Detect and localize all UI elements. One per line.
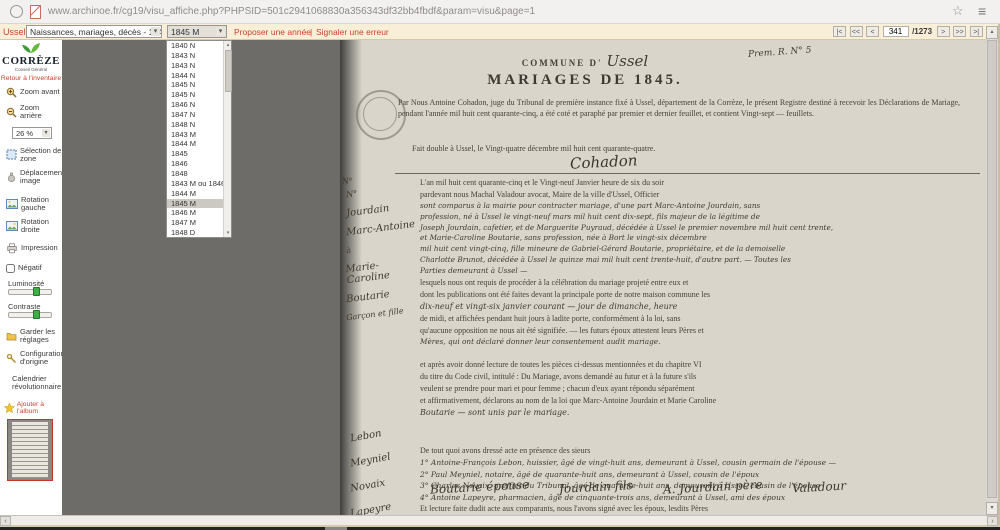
scanned-register-page: Prem. R. N° 5 COMMUNE D' Ussel MARIAGES … (340, 40, 986, 515)
zoom-level-select[interactable]: 26 % ▾ (12, 127, 52, 139)
handwritten-line: et Marie-Caroline Boutarie, sans profess… (420, 234, 968, 243)
contrast-slider-thumb[interactable] (33, 310, 40, 319)
margin-note: Marc-Antoine (346, 219, 417, 238)
act-line: dix-neuf et vingt-six janvier courant — … (420, 302, 968, 312)
year-option[interactable]: 1844 M (167, 189, 223, 199)
signature: Lapeyre (350, 498, 415, 515)
act-line: veulent se prendre pour mari et pour fem… (420, 384, 968, 394)
margin-note: Jourdain (346, 200, 417, 219)
margin-signatures: Lebon Meyniel Novaix Lapeyre (350, 428, 414, 515)
revolutionary-calendar-label: Calendrier révolutionnaire (12, 375, 62, 392)
negative-checkbox[interactable] (6, 264, 15, 273)
year-option[interactable]: 1848 D (167, 228, 223, 237)
negative-toggle[interactable]: Négatif (6, 264, 62, 273)
rotate-right-button[interactable]: Rotation droite (6, 218, 62, 235)
fait-double-line: Fait double à Ussel, le Vingt-quatre déc… (412, 144, 952, 153)
act-line: lesquels nous ont requis de procéder à l… (420, 278, 968, 288)
act-line: pardevant nous Machal Valadour avocat, M… (420, 190, 968, 200)
scroll-down-button[interactable]: ▾ (986, 502, 998, 515)
add-to-album-button[interactable]: Ajouter à l'album (4, 401, 62, 415)
page-security-icon[interactable] (30, 5, 41, 19)
act-line: dont les publications ont été faites dev… (420, 290, 968, 300)
handwritten-line: sont comparus à la mairie pour contracte… (420, 202, 968, 211)
page-thumbnail[interactable] (7, 419, 53, 481)
propose-year-link[interactable]: Proposer une année (234, 27, 311, 37)
correze-logo: CORRÈZE Conseil Général (0, 43, 62, 72)
rotate-right-label: Rotation droite (21, 218, 62, 235)
rotate-left-icon (6, 199, 18, 209)
brightness-slider[interactable] (8, 289, 52, 295)
page-total-label: /1273 (912, 26, 932, 38)
chevron-down-icon: ▾ (151, 27, 160, 36)
keep-settings-label: Garder les réglages (20, 328, 62, 345)
viewer-toolbar: Ussel Naissances, mariages, décès - 1843… (0, 24, 1000, 40)
act-line: L'an mil huit cent quarante-cinq et le V… (420, 178, 968, 188)
rotate-right-icon (6, 221, 18, 231)
config-key-icon (6, 353, 17, 364)
act-line: Boutarie — sont unis par le mariage. (420, 408, 968, 418)
horizontal-scrollbar[interactable]: ‹ › (0, 515, 998, 525)
printer-icon (6, 243, 18, 254)
magnifier-minus-icon (6, 107, 17, 118)
year-select[interactable]: 1845 M ▾ (167, 25, 227, 38)
forward-ten-button[interactable]: >> (953, 26, 966, 37)
scroll-right-button[interactable]: › (987, 516, 998, 526)
brightness-slider-thumb[interactable] (33, 287, 40, 296)
browser-chrome: www.archinoe.fr/cg19/visu_affiche.php?PH… (0, 0, 1000, 24)
handwritten-line: profession, né à Ussel le vingt-neuf mar… (420, 213, 968, 222)
year-option[interactable]: 1844 N (167, 71, 223, 81)
margin-note: à (346, 238, 417, 255)
select-zone-button[interactable]: Sélection de zone (6, 147, 62, 164)
year-option[interactable]: 1845 N (167, 90, 223, 100)
commune-heading: COMMUNE D' Ussel (420, 52, 750, 71)
page-number-input[interactable] (883, 26, 909, 37)
negative-label: Négatif (18, 264, 42, 272)
signature: Boutarie épouse (430, 477, 530, 496)
act-number-label: N° (342, 176, 352, 186)
rotate-left-label: Rotation gauche (21, 196, 62, 213)
year-option[interactable]: 1844 M (167, 139, 223, 149)
closing-line: Et lecture faite dudit acte aux comparan… (420, 504, 968, 514)
tools-sidebar: CORRÈZE Conseil Général Retour à l'inven… (0, 40, 62, 515)
page-annotation: Prem. R. N° 5 (748, 40, 888, 60)
vertical-scrollbar[interactable]: ▴ ▾ (986, 26, 998, 515)
act-line: qu'aucune opposition ne nous ait été sig… (420, 326, 968, 336)
witness-line: 1° Antoine-François Lebon, huissier, âgé… (420, 458, 968, 468)
thumbnail-page-preview (12, 422, 48, 478)
logo-subtitle: Conseil Général (0, 68, 62, 73)
commune-label: COMMUNE D' (522, 58, 603, 68)
year-option[interactable]: 1843 N (167, 61, 223, 71)
signature: A. Jourdain père (662, 477, 762, 496)
zoom-in-label: Zoom avant (20, 88, 60, 96)
handwritten-line: Charlotte Brunot, décédée à Ussel le qui… (420, 256, 968, 265)
reload-icon[interactable] (10, 5, 23, 18)
scroll-up-button[interactable]: ▴ (986, 26, 998, 39)
spacer (420, 420, 968, 446)
register-title: MARIAGES DE 1845. (410, 72, 760, 89)
section-divider (395, 173, 980, 174)
contrast-slider[interactable] (8, 312, 52, 318)
revolutionary-calendar-link[interactable]: Calendrier révolutionnaire (12, 375, 62, 392)
report-error-link[interactable]: Signaler une erreur (316, 27, 389, 37)
commune-name: Ussel (607, 52, 649, 70)
signature: Jourdain fils (559, 478, 633, 496)
scroll-left-button[interactable]: ‹ (0, 516, 11, 526)
chevron-down-icon: ▾ (216, 27, 225, 36)
first-page-button[interactable]: |< (833, 26, 846, 37)
move-image-button[interactable]: Déplacement image (6, 169, 62, 186)
register-select[interactable]: Naissances, mariages, décès - 1843-1846 … (26, 25, 162, 38)
zoom-level-value: 26 % (16, 129, 33, 138)
hand-move-icon (6, 172, 17, 183)
year-option[interactable]: 1843 M ou 1846 M (167, 179, 223, 189)
year-option[interactable]: 1848 N (167, 120, 223, 130)
bottom-signatures: Boutarie épouse Jourdain fils A. Jourdai… (430, 480, 950, 494)
act-line: Mères, qui ont déclaré donner leur conse… (420, 338, 968, 347)
album-star-icon (4, 402, 15, 414)
year-option[interactable]: 1847 M (167, 218, 223, 228)
year-option[interactable]: 1848 (167, 169, 223, 179)
zoom-out-label: Zoom arrière (20, 104, 62, 121)
year-option[interactable]: 1846 (167, 159, 223, 169)
place-label: Ussel (3, 27, 26, 37)
act-body: L'an mil huit cent quarante-cinq et le V… (420, 178, 968, 515)
year-option[interactable]: 1847 N (167, 110, 223, 120)
address-bar[interactable]: www.archinoe.fr/cg19/visu_affiche.php?PH… (48, 6, 535, 17)
year-option[interactable]: 1846 N (167, 100, 223, 110)
scroll-up-icon[interactable]: ▴ (224, 41, 232, 49)
act-line: et affirmativement, déclarons au nom de … (420, 396, 968, 406)
year-dropdown-options: 1840 N 1843 N 1843 N 1844 N 1845 N 1845 … (167, 41, 223, 237)
margin-note: Marie-Caroline (345, 256, 417, 286)
keep-settings-button[interactable]: Garder les réglages (6, 328, 62, 345)
print-label: Impression (21, 244, 58, 252)
year-select-value: 1845 M (171, 27, 199, 37)
handwritten-line: mil huit cent vingt-cinq, fille mineure … (420, 245, 968, 254)
bookmark-star-icon[interactable]: ☆ (952, 3, 964, 19)
signature: Valadour (792, 479, 847, 496)
handwritten-line: Parties demeurant à Ussel — (420, 267, 968, 276)
plant-icon (20, 43, 42, 54)
act-line: de midi, et affichées pendant huit jours… (420, 314, 968, 324)
last-page-button[interactable]: >| (970, 26, 983, 37)
scroll-down-icon[interactable]: ▾ (224, 229, 232, 237)
selection-zone-icon (6, 149, 17, 160)
signature: Lebon (350, 423, 415, 445)
witness-intro: De tout quoi avons dressé acte en présen… (420, 446, 968, 456)
act-line: du titre du Code civil, intitulé : Du Ma… (420, 372, 968, 382)
spacer (420, 348, 968, 360)
menu-icon[interactable]: ≡ (978, 3, 987, 19)
margin-note: Garçon et fille (346, 305, 417, 322)
add-to-album-label: Ajouter à l'album (17, 401, 62, 415)
magnifier-plus-icon (6, 87, 17, 98)
dropdown-scrollbar-thumb[interactable] (225, 50, 232, 92)
back-to-inventory-link[interactable]: Retour à l'inventaire (0, 75, 62, 82)
judge-signature: Cohadon (570, 151, 638, 173)
back-ten-button[interactable]: << (850, 26, 863, 37)
year-option-selected[interactable]: 1845 M (167, 199, 223, 209)
rotate-left-button[interactable]: Rotation gauche (6, 196, 62, 213)
year-option[interactable]: 1843 N (167, 51, 223, 61)
previous-page-button[interactable]: < (866, 26, 879, 37)
move-image-label: Déplacement image (20, 169, 62, 186)
year-option[interactable]: 1845 N (167, 80, 223, 90)
original-config-button[interactable]: Configuration d'origine (6, 350, 62, 367)
folder-icon (6, 331, 17, 341)
zoom-in-button[interactable]: Zoom avant (6, 87, 62, 98)
year-dropdown-list: 1840 N 1843 N 1843 N 1844 N 1845 N 1845 … (166, 40, 232, 238)
select-zone-label: Sélection de zone (20, 147, 62, 164)
register-select-value: Naissances, mariages, décès - 1843-1846 (30, 27, 162, 37)
margin-note: Boutarie (346, 286, 417, 305)
link-separator: | (310, 27, 312, 37)
vertical-scrollbar-thumb[interactable] (987, 40, 997, 498)
year-option[interactable]: 1845 (167, 149, 223, 159)
margin-note: N° (346, 182, 417, 199)
signature: Novaix (350, 473, 415, 495)
logo-title: CORRÈZE (0, 56, 62, 67)
next-page-button[interactable]: > (937, 26, 950, 37)
original-config-label: Configuration d'origine (20, 350, 62, 367)
margin-notes: N° Jourdain Marc-Antoine à Marie-Carolin… (346, 186, 416, 327)
page-navigation: |< << < /1273 > >> >| (833, 26, 984, 38)
print-button[interactable]: Impression (6, 243, 62, 254)
chevron-down-icon: ▾ (42, 129, 50, 137)
register-preamble: Par Nous Antoine Cohadon, juge du Tribun… (398, 98, 960, 119)
handwritten-line: Joseph Jourdain, cafetier, et de Marguer… (420, 224, 968, 233)
signature: Meyniel (350, 448, 415, 470)
zoom-out-button[interactable]: Zoom arrière (6, 104, 62, 121)
act-line: et après avoir donné lecture de toutes l… (420, 360, 968, 370)
dropdown-scrollbar[interactable]: ▴ ▾ (223, 41, 231, 237)
year-option[interactable]: 1846 M (167, 208, 223, 218)
year-option[interactable]: 1843 M (167, 130, 223, 140)
year-option[interactable]: 1840 N (167, 41, 223, 51)
